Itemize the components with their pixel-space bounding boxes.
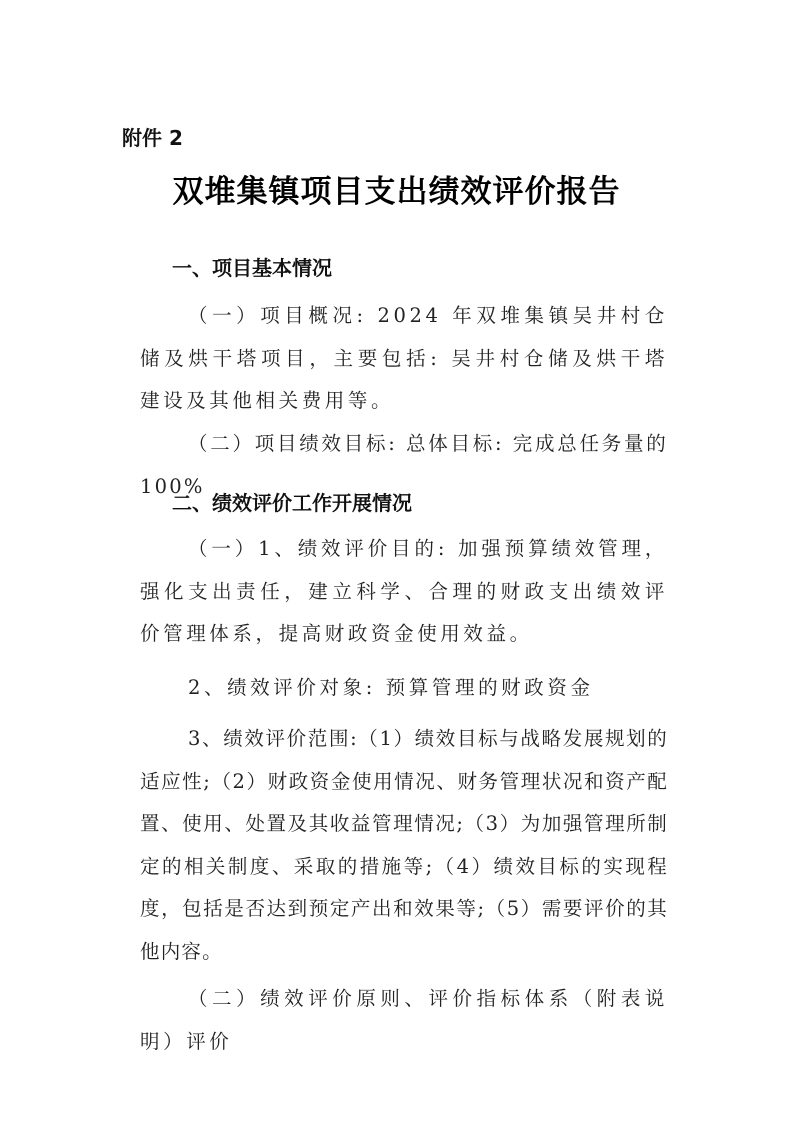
document-page: 附件 2 双堆集镇项目支出绩效评价报告 一、项目基本情况 （一）项目概况: 20…	[0, 0, 793, 1122]
paragraph-evaluation-principles: （二）绩效评价原则、评价指标体系（附表说明）评价	[140, 978, 668, 1063]
paragraph-evaluation-purpose: （一）1、绩效评价目的: 加强预算绩效管理，强化支出责任，建立科学、合理的财政支…	[140, 528, 668, 656]
paragraph-evaluation-object: 2、绩效评价对象: 预算管理的财政资金	[140, 667, 668, 710]
report-title: 双堆集镇项目支出绩效评价报告	[0, 166, 793, 211]
section-heading-evaluation-work: 二、绩效评价工作开展情况	[172, 487, 412, 516]
attachment-label: 附件 2	[122, 122, 183, 151]
section-heading-basic-info: 一、项目基本情况	[172, 252, 332, 281]
paragraph-evaluation-scope: 3、绩效评价范围:（1）绩效目标与战略发展规划的适应性;（2）财政资金使用情况、…	[140, 718, 668, 973]
paragraph-project-overview: （一）项目概况: 2024 年双堆集镇吴井村仓储及烘干塔项目，主要包括: 吴井村…	[140, 295, 668, 423]
